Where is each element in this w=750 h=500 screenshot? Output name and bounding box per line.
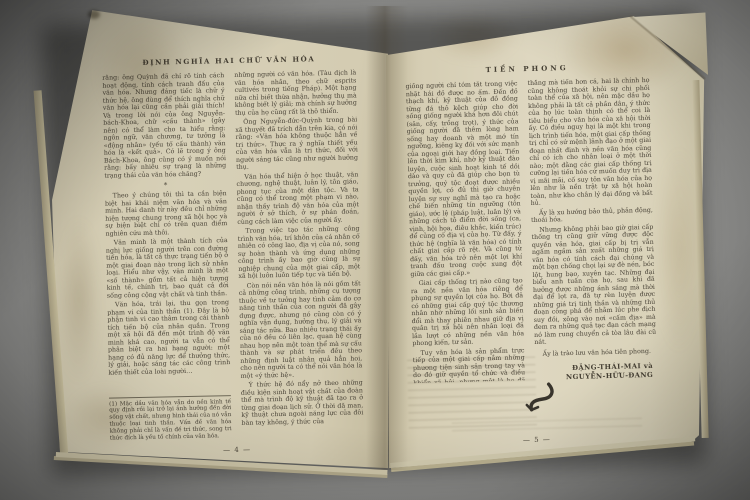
paragraph: Văn hóa thể hiện ở học thuật, văn chương… <box>236 171 359 226</box>
paragraph: Theo ý chúng tôi thì ta cần biện biệt ha… <box>105 190 228 238</box>
paragraph: Giai cấp thống trị nào cũng tạo ra một n… <box>411 277 525 347</box>
paragraph: những người có văn hóa. (Tàu dịch là văn… <box>234 69 357 117</box>
photo-of-open-book: ĐỊNH NGHĨA HAI CHỮ VĂN HÓA rằng: ông Quỳ… <box>0 0 750 500</box>
paragraph: Văn minh là một thành tích của nghị lực … <box>106 237 229 300</box>
paragraph: Còn nói nền văn hóa là nói gồm tất cả nh… <box>239 280 363 380</box>
paragraph: Nhưng không phải bao giờ giai cấp thống … <box>531 223 656 346</box>
paragraph: thẳng mà tiến hơn cả, hai là chính họ cũ… <box>527 77 652 208</box>
left-page-content: ĐỊNH NGHĨA HAI CHỮ VĂN HÓA rằng: ông Quỳ… <box>102 53 364 456</box>
author-signature: ĐẶNG-THÁI-MAI và NGUYỄN-HỮU-ĐANG <box>535 362 657 383</box>
paragraph: Ý thức hệ đó nẩy nở theo những điều kiện… <box>241 379 364 427</box>
paragraph: Trong việc tạo tác những công trình văn … <box>237 225 360 280</box>
right-page-number: — 5 — <box>415 433 659 447</box>
left-page-column-2: những người có văn hóa. (Tàu dịch là văn… <box>234 69 364 439</box>
right-page-column-1: giống người chỉ tóm tắt trong việc nhặt … <box>405 80 525 383</box>
left-page-column-1: rằng: ông Quỳnh đã chỉ rõ tính cách hoạt… <box>102 72 232 442</box>
paragraph: Tuy văn hóa là sản phẩm trực tiếp của mộ… <box>412 347 525 383</box>
closing-line: Ấy là trào lưu văn hóa tiên phong. <box>535 347 657 358</box>
handwritten-arrow-mark <box>522 382 554 412</box>
right-page-column-2: thẳng mà tiến hơn cả, hai là chính họ cũ… <box>527 77 658 432</box>
paragraph: Văn hóa, trái lại, thu gọn trong phạm vi… <box>107 299 231 377</box>
left-running-head: ĐỊNH NGHĨA HAI CHỮ VĂN HÓA <box>102 53 356 67</box>
paragraph: Ấy là xu hướng bảo thủ, phản động, thoái… <box>531 206 653 224</box>
left-page: ĐỊNH NGHĨA HAI CHỮ VĂN HÓA rằng: ông Quỳ… <box>42 6 388 470</box>
right-page: TIỀN PHONG giống người chỉ tóm tắt trong… <box>386 6 708 470</box>
paragraph: rằng: ông Quỳnh đã chỉ rõ tính cách hoạt… <box>102 72 226 180</box>
paragraph: Ông Nguyễn-đức-Quỳnh trong bài xã thuyết… <box>235 116 358 171</box>
paragraph: giống người chỉ tóm tắt trong việc nhặt … <box>405 80 522 278</box>
footnote: (1) Mặc dầu văn hóa vẫn do nền kinh tế q… <box>109 395 232 443</box>
right-running-head: TIỀN PHONG <box>405 61 649 76</box>
left-page-number: — 4 — <box>110 443 364 456</box>
left-page-columns: rằng: ông Quỳnh đã chỉ rõ tính cách hoạt… <box>102 69 364 442</box>
